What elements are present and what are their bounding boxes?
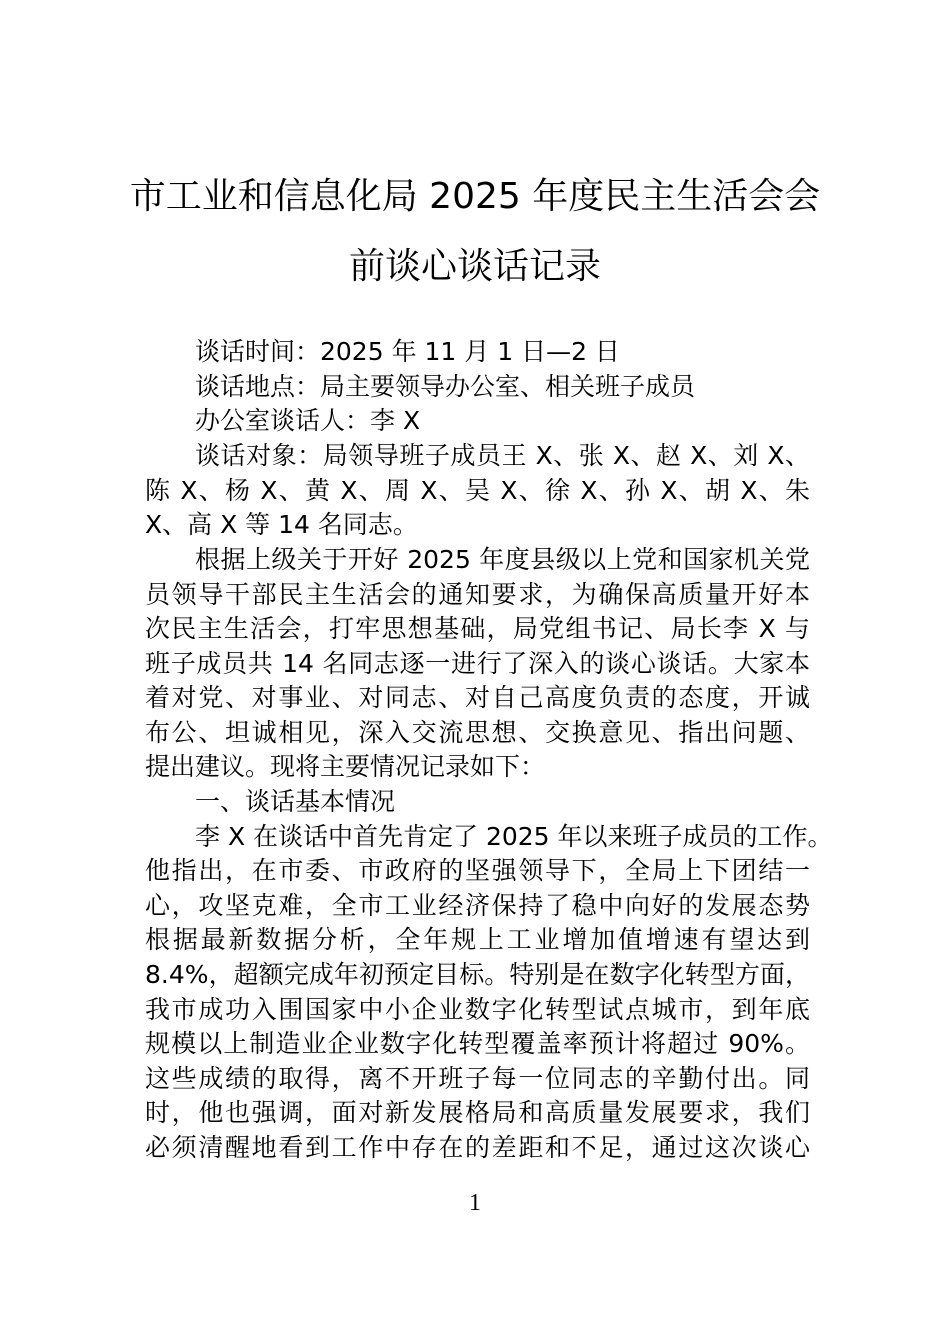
section-paragraph-line: 8.4%，超额完成年初预定目标。特别是在数字化转型方面， [145,958,810,992]
intro-paragraph-line: 员领导干部民主生活会的通知要求，为确保高质量开好本 [145,578,810,612]
intro-paragraph-line: 次民主生活会，打牢思想基础，局党组书记、局长李 X 与 [145,612,810,646]
intro-paragraph-line: 班子成员共 14 名同志逐一进行了深入的谈心谈话。大家本 [145,647,810,681]
meta-interviewer: 办公室谈话人：李 X [195,404,810,438]
section-paragraph-line: 李 X 在谈话中首先肯定了 2025 年以来班子成员的工作。 [195,820,810,854]
section-paragraph-line: 我市成功入围国家中小企业数字化转型试点城市，到年底 [145,993,810,1027]
page-number: 1 [0,1188,950,1218]
section-paragraph-line: 必须清醒地看到工作中存在的差距和不足，通过这次谈心 [145,1131,810,1165]
meta-location: 谈话地点：局主要领导办公室、相关班子成员 [195,370,810,404]
document-page: 市工业和信息化局 2025 年度民主生活会会 前谈心谈话记录 谈话时间：2025… [0,0,950,1344]
meta-subjects-line: 谈话对象：局领导班子成员王 X、张 X、赵 X、刘 X、 [195,439,810,473]
section-paragraph-line: 这些成绩的取得，离不开班子每一位同志的辛勤付出。同 [145,1062,810,1096]
document-title-line-1: 市工业和信息化局 2025 年度民主生活会会 [0,175,950,219]
meta-time: 谈话时间：2025 年 11 月 1 日—2 日 [195,335,810,369]
meta-subjects-line: 陈 X、杨 X、黄 X、周 X、吴 X、徐 X、孙 X、胡 X、朱 [145,474,810,508]
intro-paragraph-line: 布公、坦诚相见，深入交流思想、交换意见、指出问题、 [145,716,810,750]
section-paragraph-line: 心，攻坚克难，全市工业经济保持了稳中向好的发展态势 [145,889,810,923]
intro-paragraph-line: 提出建议。现将主要情况记录如下： [145,750,810,784]
section-paragraph-line: 时，他也强调，面对新发展格局和高质量发展要求，我们 [145,1096,810,1130]
document-title-line-2: 前谈心谈话记录 [0,245,950,289]
section-paragraph-line: 他指出，在市委、市政府的坚强领导下，全局上下团结一 [145,854,810,888]
section-heading: 一、谈话基本情况 [195,785,810,819]
meta-subjects-line: X、高 X 等 14 名同志。 [145,508,810,542]
intro-paragraph-line: 着对党、对事业、对同志、对自己高度负责的态度，开诚 [145,681,810,715]
intro-paragraph-line: 根据上级关于开好 2025 年度县级以上党和国家机关党 [195,543,810,577]
section-paragraph-line: 规模以上制造业企业数字化转型覆盖率预计将超过 90%。 [145,1027,810,1061]
section-paragraph-line: 根据最新数据分析，全年规上工业增加值增速有望达到 [145,923,810,957]
